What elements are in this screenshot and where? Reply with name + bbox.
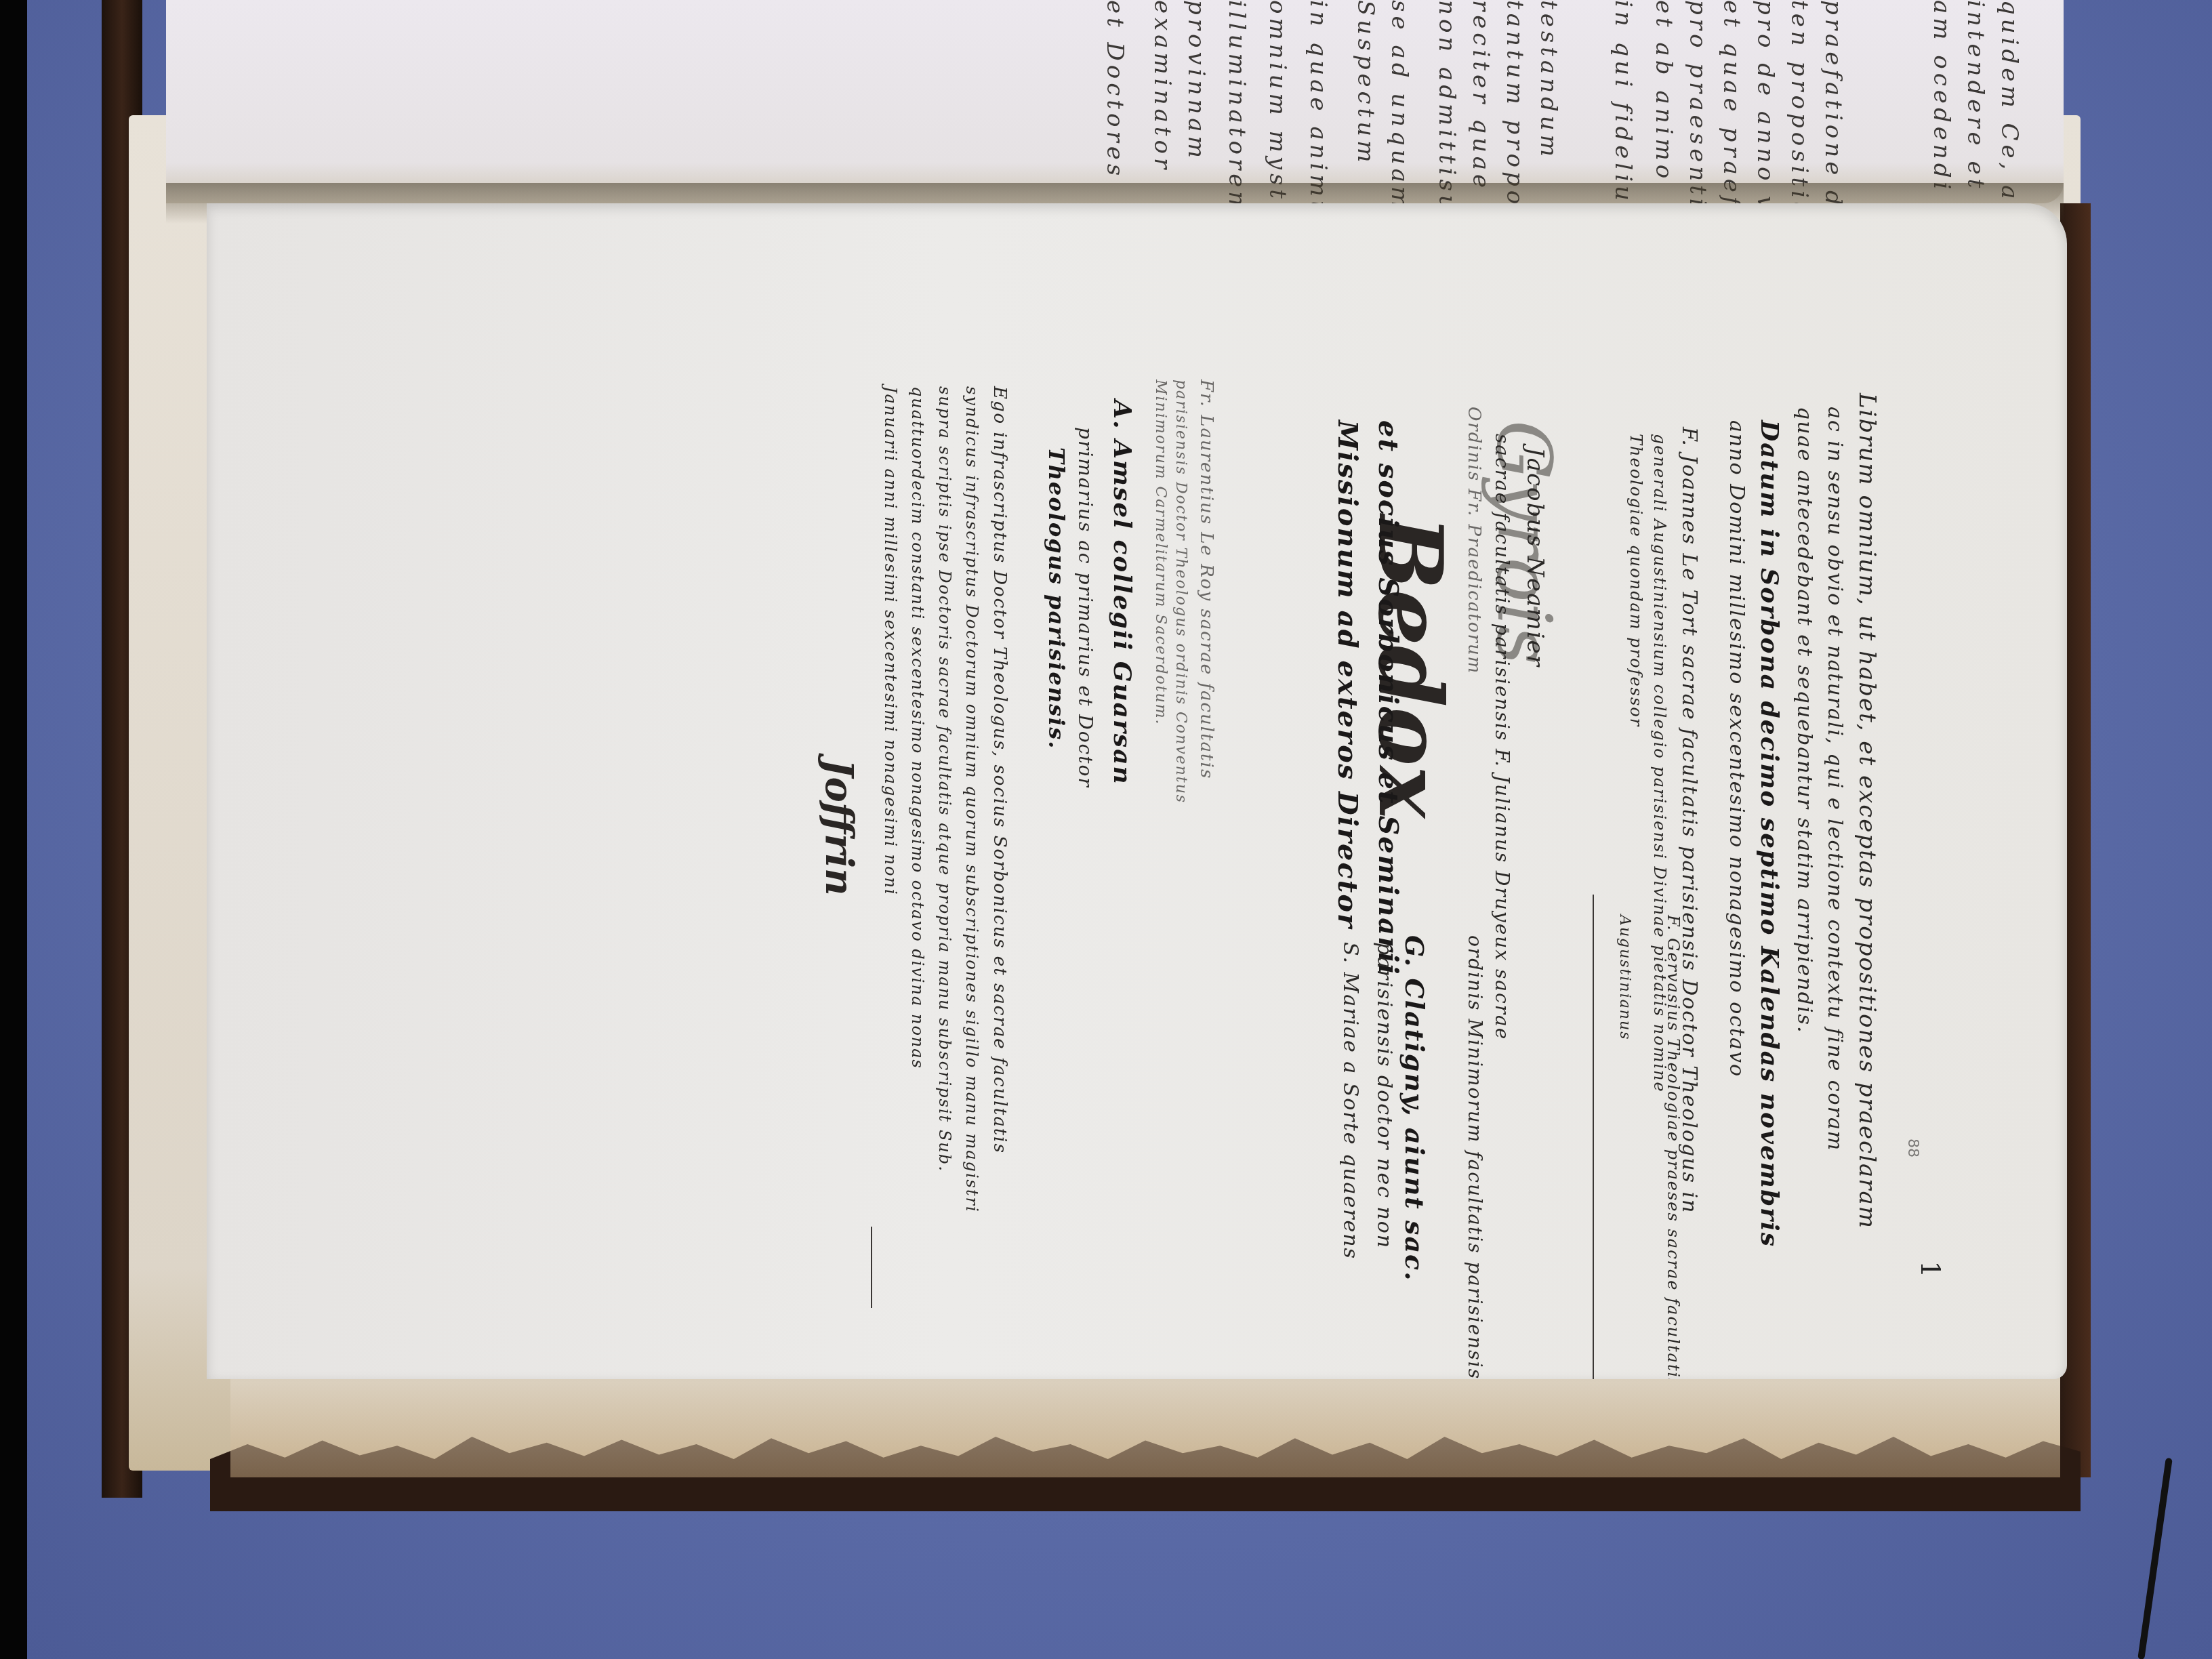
upper-line: am ocedendi a [1928,0,1955,203]
upper-line: se ad unquam [1386,0,1413,203]
text-line: G. Clatigny, aiunt sac. [1399,935,1430,1282]
upper-line: in qui fidelium [1610,0,1637,203]
upper-line: et ab animo [1650,0,1677,182]
text-line: sacrae facultatis parisiensis F. Julianu… [1491,434,1513,1040]
text-line: Theologiae quondam professor [1626,434,1645,727]
signature-joffrin: Joffrin [817,759,861,896]
upper-line: in quae animum [1305,0,1332,203]
upper-line: pro praesentia [1684,0,1711,203]
upper-line: pro de anno voluntate [1752,0,1779,203]
upper-line: et Doctores [1101,0,1128,180]
text-line: Fr. Laurentius Le Roy sacrae facultatis [1196,380,1216,779]
text-line: Augustinianus [1616,915,1633,1040]
text-line: syndicus infrascriptus Doctorum omnium q… [962,386,981,1213]
text-line: quae antecedebant et sequebantur statim … [1793,407,1816,1033]
text-line: Datum in Sorbona decimo septimo Kalendas… [1755,420,1784,1248]
text-line: Minimorum Carmelitarum Sacerdotum. [1152,380,1169,726]
upper-line: praefatione de Societ [1820,0,1847,203]
text-line: Januarii anni millesimi sexcentesimi non… [881,386,900,896]
underline-rule [1593,895,1594,1379]
text-line: Ego infrascriptus Doctor Theologus, soci… [989,386,1010,1154]
text-line: et socius Sorbonicus et Seminarii [1372,420,1404,976]
text-line: quattuordecim constanti sexcentesimo non… [908,386,927,1069]
upper-line: non admittisu [1433,0,1460,203]
text-line: Ordinis Fr. Praedicatorum [1464,407,1484,674]
text-line: F. Gervasius Theologiae praeses sacrae f… [1664,915,1683,1379]
upper-line: testandum [1535,0,1562,161]
upper-line: ten propositionem [1786,0,1813,203]
text-line: Jacobus Neamier [1521,447,1549,668]
text-line: parisiensis doctor nec non [1372,942,1396,1249]
upper-line: provinnam [1183,0,1210,162]
upper-line: reciter quae mente [1467,0,1494,203]
text-line: ordinis Minimorum facultatis parisiensis… [1464,935,1486,1379]
upper-line: examinator [1149,0,1176,173]
text-line: anno Domini millesimo sexcentesimo nonag… [1725,420,1748,1078]
text-line: A. Amsel collegii Guarsan [1108,400,1136,785]
text-line: parisiensis Doctor Theologus ordinis Con… [1172,380,1189,804]
text-line: supra scriptis ipse Doctoris sacrae facu… [935,386,954,1172]
upper-line: illuminatorem [1223,0,1250,203]
underline-rule [871,1227,872,1308]
manuscript-page: 88 1 Librum omnium, ut habet, et excepta… [207,203,2067,1379]
text-line: Missionum ad exteros Director [1332,420,1364,929]
text-line: Theologus parisiensis. [1044,447,1069,750]
text-line: Librum omnium, ut habet, et exceptas pro… [1853,393,1881,1229]
upper-line: omnium mysteriorum [1264,0,1291,203]
text-line: primarius ac primarius et Doctor [1074,427,1097,788]
text-line: S. Mariae a Sorte quaerens [1338,942,1362,1260]
upper-line: tantum propositione [1501,0,1528,203]
upper-line: et quae praefati [1718,0,1745,203]
upper-line: intendere et dic [1962,0,1989,203]
text-line: ac in sensu obvio et naturali, qui e lec… [1823,407,1847,1151]
folio-number: 88 [1904,1139,1921,1158]
upper-facing-page: quidem Ce, ad intendere et dic am oceden… [166,0,2064,203]
upper-line: Suspectum [1352,0,1379,166]
black-border [0,0,27,1659]
folio-mark: 1 [1914,1261,1946,1277]
upper-line: quidem Ce, ad [1996,0,2023,203]
